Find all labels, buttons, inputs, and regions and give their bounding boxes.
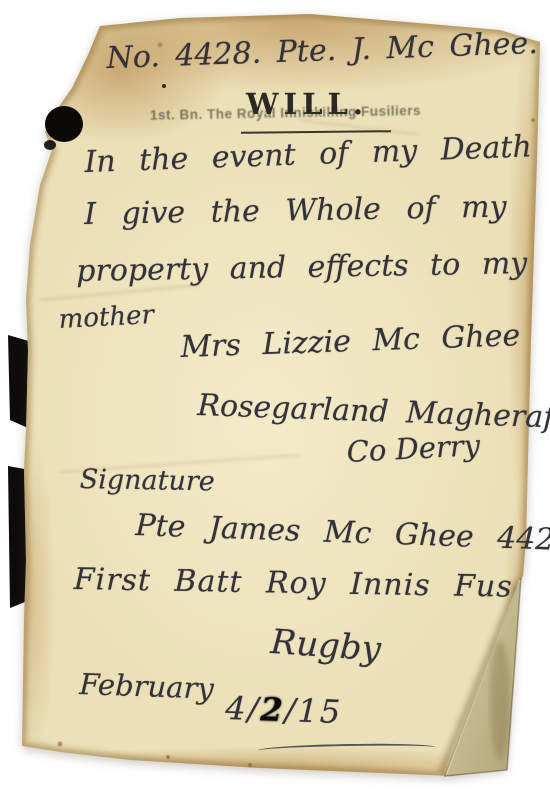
stray-ink-dot	[162, 84, 166, 88]
date-month-number-blotted: 2	[260, 690, 286, 729]
signature-label: Signature	[80, 466, 215, 495]
will-body-line-2: I give the Whole of my	[84, 193, 507, 230]
will-body-line-4: mother	[58, 302, 155, 333]
beneficiary-address-line-2: Co Derry	[346, 431, 481, 467]
signature-unit: First Batt Roy Innis Fus	[73, 565, 512, 603]
date-day: 4/	[225, 689, 261, 728]
scanned-will-document: No. 4428. Pte. J. Mc Ghee. 1st. Bn. The …	[0, 0, 550, 798]
will-body-line-3: property and effects to my	[76, 249, 527, 287]
date-numbers: 4/2/15	[225, 692, 343, 728]
date-month: February	[79, 670, 214, 704]
date-year: /15	[284, 691, 343, 731]
signature-place: Rugby	[270, 625, 382, 667]
form-title: WILL.	[232, 90, 382, 119]
